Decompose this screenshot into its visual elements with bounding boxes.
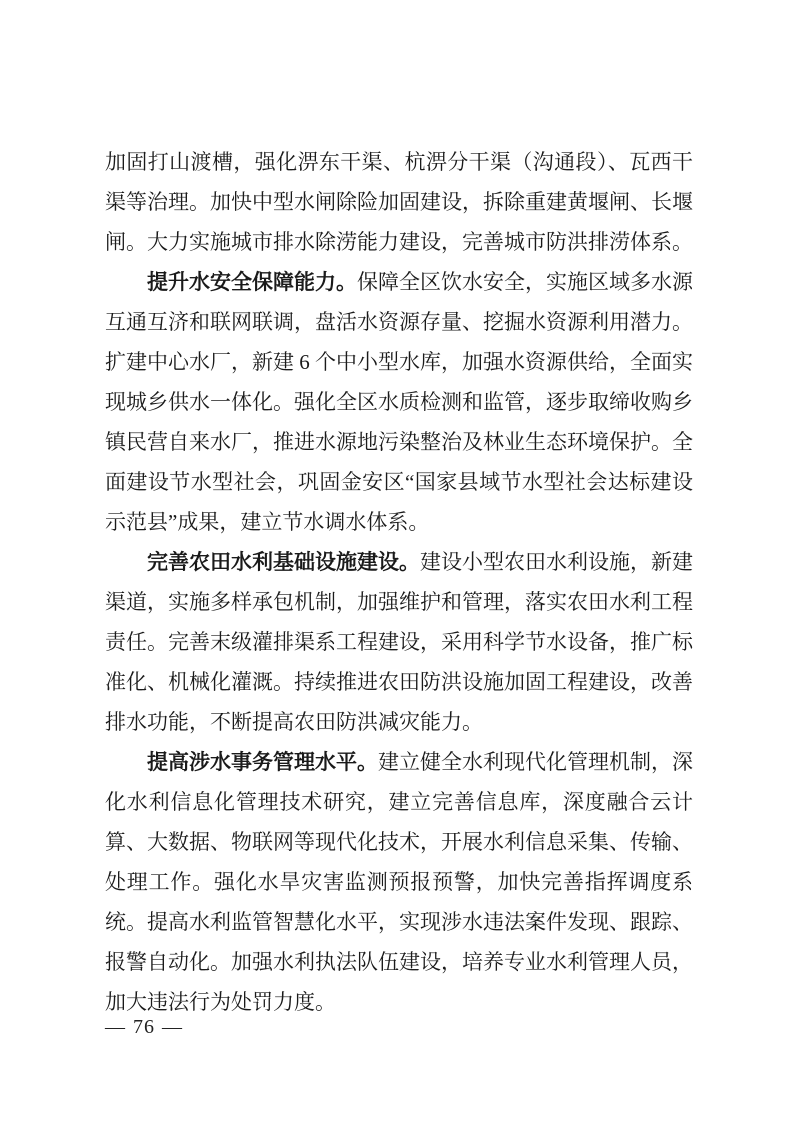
body-text: 加固打山渡槽，强化淠东干渠、杭淠分干渠（沟通段）、瓦西干渠等治理。加快中型水闸除…: [105, 142, 693, 1022]
page-number: 76: [133, 1016, 155, 1038]
footer-right-dash: —: [162, 1016, 183, 1038]
paragraph-continuation: 加固打山渡槽，强化淠东干渠、杭淠分干渠（沟通段）、瓦西干渠等治理。加快中型水闸除…: [105, 142, 693, 262]
document-page: 加固打山渡槽，强化淠东干渠、杭淠分干渠（沟通段）、瓦西干渠等治理。加快中型水闸除…: [0, 0, 793, 1122]
paragraph-lead: 完善农田水利基础设施建设。: [147, 550, 420, 574]
footer-left-dash: —: [105, 1016, 126, 1038]
page-footer: —76—: [105, 1014, 183, 1040]
paragraph-water-safety: 提升水安全保障能力。保障全区饮水安全，实施区域多水源互通互济和联网联调，盘活水资…: [105, 262, 693, 542]
paragraph-farmland-irrigation: 完善农田水利基础设施建设。建设小型农田水利设施，新建渠道，实施多样承包机制，加强…: [105, 542, 693, 742]
paragraph-lead: 提升水安全保障能力。: [147, 270, 357, 294]
paragraph-water-affairs-management: 提高涉水事务管理水平。建立健全水利现代化管理机制，深化水利信息化管理技术研究，建…: [105, 742, 693, 1022]
paragraph-text: 建立健全水利现代化管理机制，深化水利信息化管理技术研究，建立完善信息库，深度融合…: [105, 750, 693, 1014]
paragraph-text: 保障全区饮水安全，实施区域多水源互通互济和联网联调，盘活水资源存量、挖掘水资源利…: [105, 270, 693, 534]
paragraph-text: 建设小型农田水利设施，新建渠道，实施多样承包机制，加强维护和管理，落实农田水利工…: [105, 550, 693, 734]
paragraph-lead: 提高涉水事务管理水平。: [147, 750, 378, 774]
paragraph-text: 加固打山渡槽，强化淠东干渠、杭淠分干渠（沟通段）、瓦西干渠等治理。加快中型水闸除…: [105, 150, 693, 254]
